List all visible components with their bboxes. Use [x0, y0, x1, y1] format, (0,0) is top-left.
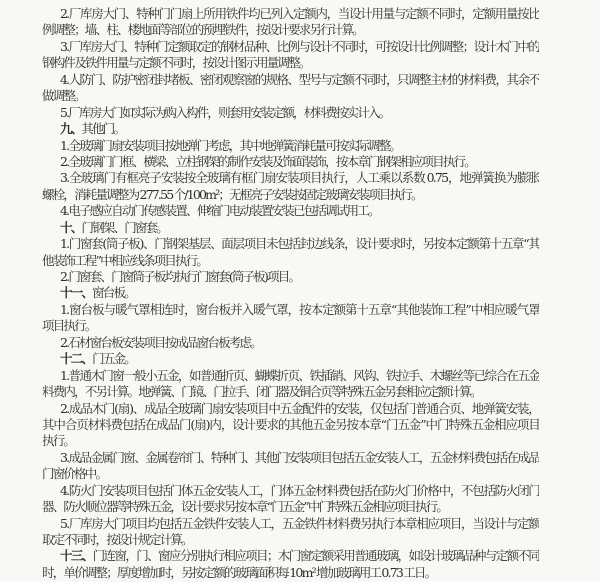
text-line: 时，单价调整；厚度增加时，另按定额的玻璃面积每 10m² 增加玻璃用工 0.73…: [42, 565, 539, 581]
text-line: 十一、窗台板。: [42, 285, 539, 301]
line-text: 他装饰工程”中相应线条项目执行。: [42, 253, 207, 268]
line-text: 器、防火顺位器等特殊五金，设计要求另按本章“门五金”中门特殊五金相应项目执行。: [42, 499, 447, 514]
line-text: 料费内，不另计算。地弹簧、门镜、门拉手、闭门器及铜合页等特殊五金另套相应定额计算…: [42, 384, 481, 399]
line-text: 做调整。: [42, 88, 85, 103]
line-text: 取定不同时，按设计规定计算。: [42, 532, 192, 547]
text-line: 3.全玻璃门有框亮子安装按全玻璃有框门扇安装项目执行，人工乘以系数 0.75，地…: [42, 170, 539, 186]
line-text: 门窗价格中。: [42, 466, 106, 481]
line-text: 3.成品金属门窗、金属卷帘门、特种门、其他门安装项目包括五金安装人工，五金材料费…: [60, 450, 539, 465]
line-text: 钢构件及铁件用量与定额不同时，按设计图示用量调整。: [42, 55, 310, 70]
text-line: 3.成品金属门窗、金属卷帘门、特种门、其他门安装项目包括五金安装人工，五金材料费…: [42, 450, 539, 466]
text-line: 他装饰工程”中相应线条项目执行。: [42, 253, 539, 269]
text-line: 4.人防门、防护密闭封堵板、密闭观察窗的规格、型号与定额不同时，只调整主材的材料…: [42, 72, 539, 88]
line-text: 3.全玻璃门有框亮子安装按全玻璃有框门扇安装项目执行，人工乘以系数 0.75，地…: [60, 170, 539, 185]
text-line: 5.厂库房大门如实际为购入构件，则套用安装定额，材料费按实计入。: [42, 105, 539, 121]
line-text: 4.电子感应自动门传感装置、伸缩门电动装置安装已包括调试用工。: [60, 203, 379, 218]
line-text: 1.全玻璃门扇安装项目按地弹门考虑，其中地弹簧消耗量可按实际调整。: [60, 138, 400, 153]
text-line: 1.窗台板与暖气罩相连时，窗台板并入暖气罩，按本定额第十五章“其他装饰工程”中相…: [42, 302, 539, 318]
line-text: 4.人防门、防护密闭封堵板、密闭观察窗的规格、型号与定额不同时，只调整主材的材料…: [60, 72, 539, 87]
line-text: 4.防火门安装项目包括门体五金安装人工，门体五金材料费包括在防火门价格中，不包括…: [60, 483, 539, 498]
text-line: 2.厂库房大门、特种门门扇上所用铁件均已列入定额内，当设计用量与定额不同时，定额…: [42, 6, 539, 22]
text-line: 5.厂库房大门项目均包括五金铁件安装人工，五金铁件材料费另执行本章相应项目，当设…: [42, 516, 539, 532]
text-line: 门窗价格中。: [42, 466, 539, 482]
section-ordinal: 十二、: [60, 351, 92, 366]
text-line: 2.全玻璃门门框、横梁、立柱钢架的制作安装及饰面装饰，按本章门钢架相应项目执行。: [42, 154, 539, 170]
text-line: 执行。: [42, 433, 539, 449]
text-line: 3.厂库房大门、特种门定额取定的钢材品种、比例与设计不同时，可按设计比例调整；设…: [42, 39, 539, 55]
text-line: 2.门窗套、门窗筒子板均执行门窗套(筒子板)项目。: [42, 269, 539, 285]
line-text: 2.门窗套、门窗筒子板均执行门窗套(筒子板)项目。: [60, 269, 299, 284]
text-line: 项目执行。: [42, 318, 539, 334]
text-line: 九、其他门。: [42, 121, 539, 137]
line-text: 项目执行。: [42, 318, 96, 333]
document-page: 2.厂库房大门、特种门门扇上所用铁件均已列入定额内，当设计用量与定额不同时，定额…: [0, 0, 600, 582]
line-text: 2.全玻璃门门框、横梁、立柱钢架的制作安装及饰面装饰，按本章门钢架相应项目执行。: [60, 154, 475, 169]
line-text: 2.成品木门(扇)、成品全玻璃门扇安装项目中五金配件的安装，仅包括门普通合页、地…: [60, 401, 539, 416]
text-line: 十二、门五金。: [42, 351, 539, 367]
text-line: 4.电子感应自动门传感装置、伸缩门电动装置安装已包括调试用工。: [42, 203, 539, 219]
line-text: 时，单价调整；厚度增加时，另按定额的玻璃面积每 10m² 增加玻璃用工 0.73…: [42, 565, 435, 580]
line-text: 5.厂库房大门如实际为购入构件，则套用安装定额，材料费按实计入。: [60, 105, 389, 120]
text-line: 1.门窗套(筒子板)、门钢架基层、面层项目未包括封边线条，设计要求时，另按本定额…: [42, 236, 539, 252]
line-text: 螺栓，消耗量调整为 277.55 个/100m²；无框亮子安装按固定玻璃安装项目…: [42, 187, 422, 202]
text-line: 取定不同时，按设计规定计算。: [42, 532, 539, 548]
text-line: 4.防火门安装项目包括门体五金安装人工，门体五金材料费包括在防火门价格中，不包括…: [42, 483, 539, 499]
text-block: 2.厂库房大门、特种门门扇上所用铁件均已列入定额内，当设计用量与定额不同时，定额…: [42, 6, 539, 581]
line-text: 2.石材窗台板安装项目按成品窗台板考虑。: [60, 335, 261, 350]
section-ordinal: 十三、: [60, 548, 93, 563]
line-text: 门钢架、门窗套。: [81, 220, 167, 235]
text-line: 2.成品木门(扇)、成品全玻璃门扇安装项目中五金配件的安装，仅包括门普通合页、地…: [42, 401, 539, 417]
line-text: 执行。: [42, 433, 74, 448]
line-text: 1.普通木门窗一般小五金，如普通折页、蝴蝶折页、铁插销、风钩、铁拉手、木螺丝等已…: [42, 368, 539, 384]
line-text: 门五金。: [92, 351, 135, 366]
line-text: 其他门。: [81, 121, 124, 136]
line-text: 5.厂库房大门项目均包括五金铁件安装人工，五金铁件材料费另执行本章相应项目，当设…: [60, 516, 539, 531]
section-ordinal: 九、: [60, 121, 81, 136]
line-text: 1.窗台板与暖气罩相连时，窗台板并入暖气罩，按本定额第十五章“其他装饰工程”中相…: [60, 302, 539, 317]
line-text: 其中合页材料费包括在成品门(扇)内，设计要求的其他五金另按本章“门五金”中门特殊…: [42, 417, 539, 432]
text-line: 料费内，不另计算。地弹簧、门镜、门拉手、闭门器及铜合页等特殊五金另套相应定额计算…: [42, 384, 539, 400]
line-text: 例调整；墙、柱、楼地面等部位的预埋铁件，按设计要求另行计算。: [42, 22, 363, 37]
text-line: 2.石材窗台板安装项目按成品窗台板考虑。: [42, 335, 539, 351]
section-ordinal: 十、: [60, 220, 81, 235]
line-text: 1.门窗套(筒子板)、门钢架基层、面层项目未包括封边线条，设计要求时，另按本定额…: [60, 236, 539, 251]
text-line: 钢构件及铁件用量与定额不同时，按设计图示用量调整。: [42, 55, 539, 71]
line-text: 2.厂库房大门、特种门门扇上所用铁件均已列入定额内，当设计用量与定额不同时，定额…: [60, 6, 539, 21]
text-line: 1.全玻璃门扇安装项目按地弹门考虑，其中地弹簧消耗量可按实际调整。: [42, 138, 539, 154]
line-text: 门连窗，门、窗应分别执行相应项目；木门窗定额采用普通玻璃，如设计玻璃品种与定额不…: [93, 548, 539, 563]
text-line: 做调整。: [42, 88, 539, 104]
line-text: 3.厂库房大门、特种门定额取定的钢材品种、比例与设计不同时，可按设计比例调整；设…: [60, 39, 539, 54]
text-line: 螺栓，消耗量调整为 277.55 个/100m²；无框亮子安装按固定玻璃安装项目…: [42, 187, 539, 203]
section-ordinal: 十一、: [60, 285, 92, 300]
text-line: 器、防火顺位器等特殊五金，设计要求另按本章“门五金”中门特殊五金相应项目执行。: [42, 499, 539, 515]
text-line: 例调整；墙、柱、楼地面等部位的预埋铁件，按设计要求另行计算。: [42, 22, 539, 38]
line-text: 窗台板。: [92, 285, 135, 300]
text-line: 1.普通木门窗一般小五金，如普通折页、蝴蝶折页、铁插销、风钩、铁拉手、木螺丝等已…: [42, 368, 539, 384]
text-line: 其中合页材料费包括在成品门(扇)内，设计要求的其他五金另按本章“门五金”中门特殊…: [42, 417, 539, 433]
text-line: 十三、门连窗，门、窗应分别执行相应项目；木门窗定额采用普通玻璃，如设计玻璃品种与…: [42, 548, 539, 564]
text-line: 十、门钢架、门窗套。: [42, 220, 539, 236]
